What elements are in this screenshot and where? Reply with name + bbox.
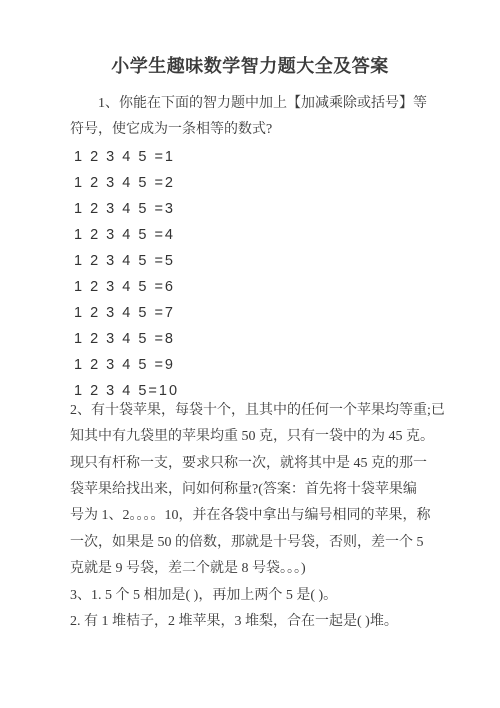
- question1-intro: 1、你能在下面的智力题中加上【加减乘除或括号】等 符号，使它成为一条相等的数式?: [70, 91, 440, 144]
- equation-line-7: 1 2 3 4 5 =7: [70, 300, 440, 326]
- question2-line-5: 号为 1、2。。。。10，并在各袋中拿出与编号相同的苹果，称: [70, 503, 440, 529]
- question2-line-3: 现只有杆称一支，要求只称一次，就将其中是 45 克的那一: [70, 451, 440, 477]
- document-title: 小学生趣味数学智力题大全及答案: [0, 52, 500, 80]
- question1-intro-line-1: 1、你能在下面的智力题中加上【加减乘除或括号】等: [70, 91, 440, 117]
- question1-intro-line-2: 符号，使它成为一条相等的数式?: [70, 117, 440, 143]
- equation-line-2: 1 2 3 4 5 =2: [70, 170, 440, 196]
- equation-line-8: 1 2 3 4 5 =8: [70, 326, 440, 352]
- question2-line-2: 知其中有九袋里的苹果均重 50 克，只有一袋中的为 45 克。: [70, 424, 440, 450]
- question2-line-4: 袋苹果给找出来，问如何称量?(答案：首先将十袋苹果编: [70, 477, 440, 503]
- question3-line-2: 2. 有 1 堆桔子，2 堆苹果，3 堆梨，合在一起是( )堆。: [70, 609, 440, 635]
- question3-paragraph: 3、1. 5 个 5 相加是( )，再加上两个 5 是( )。 2. 有 1 堆…: [70, 583, 440, 636]
- document-body: 1、你能在下面的智力题中加上【加减乘除或括号】等 符号，使它成为一条相等的数式?…: [70, 91, 440, 635]
- document-page: 小学生趣味数学智力题大全及答案 1、你能在下面的智力题中加上【加减乘除或括号】等…: [0, 0, 500, 708]
- equation-line-1: 1 2 3 4 5 =1: [70, 144, 440, 170]
- equation-line-6: 1 2 3 4 5 =6: [70, 274, 440, 300]
- question3-line-1: 3、1. 5 个 5 相加是( )，再加上两个 5 是( )。: [70, 583, 440, 609]
- question2-line-1: 2、有十袋苹果，每袋十个，且其中的任何一个苹果均等重;已: [70, 398, 440, 424]
- equation-line-9: 1 2 3 4 5 =9: [70, 352, 440, 378]
- question2-paragraph: 2、有十袋苹果，每袋十个，且其中的任何一个苹果均等重;已 知其中有九袋里的苹果均…: [70, 398, 440, 583]
- question2-line-7: 克就是 9 号袋，差二个就是 8 号袋。。。): [70, 556, 440, 582]
- question2-line-6: 一次，如果是 50 的倍数，那就是十号袋，否则，差一个 5: [70, 530, 440, 556]
- question1-equations: 1 2 3 4 5 =1 1 2 3 4 5 =2 1 2 3 4 5 =3 1…: [70, 144, 440, 404]
- equation-line-4: 1 2 3 4 5 =4: [70, 222, 440, 248]
- equation-line-3: 1 2 3 4 5 =3: [70, 196, 440, 222]
- equation-line-5: 1 2 3 4 5 =5: [70, 248, 440, 274]
